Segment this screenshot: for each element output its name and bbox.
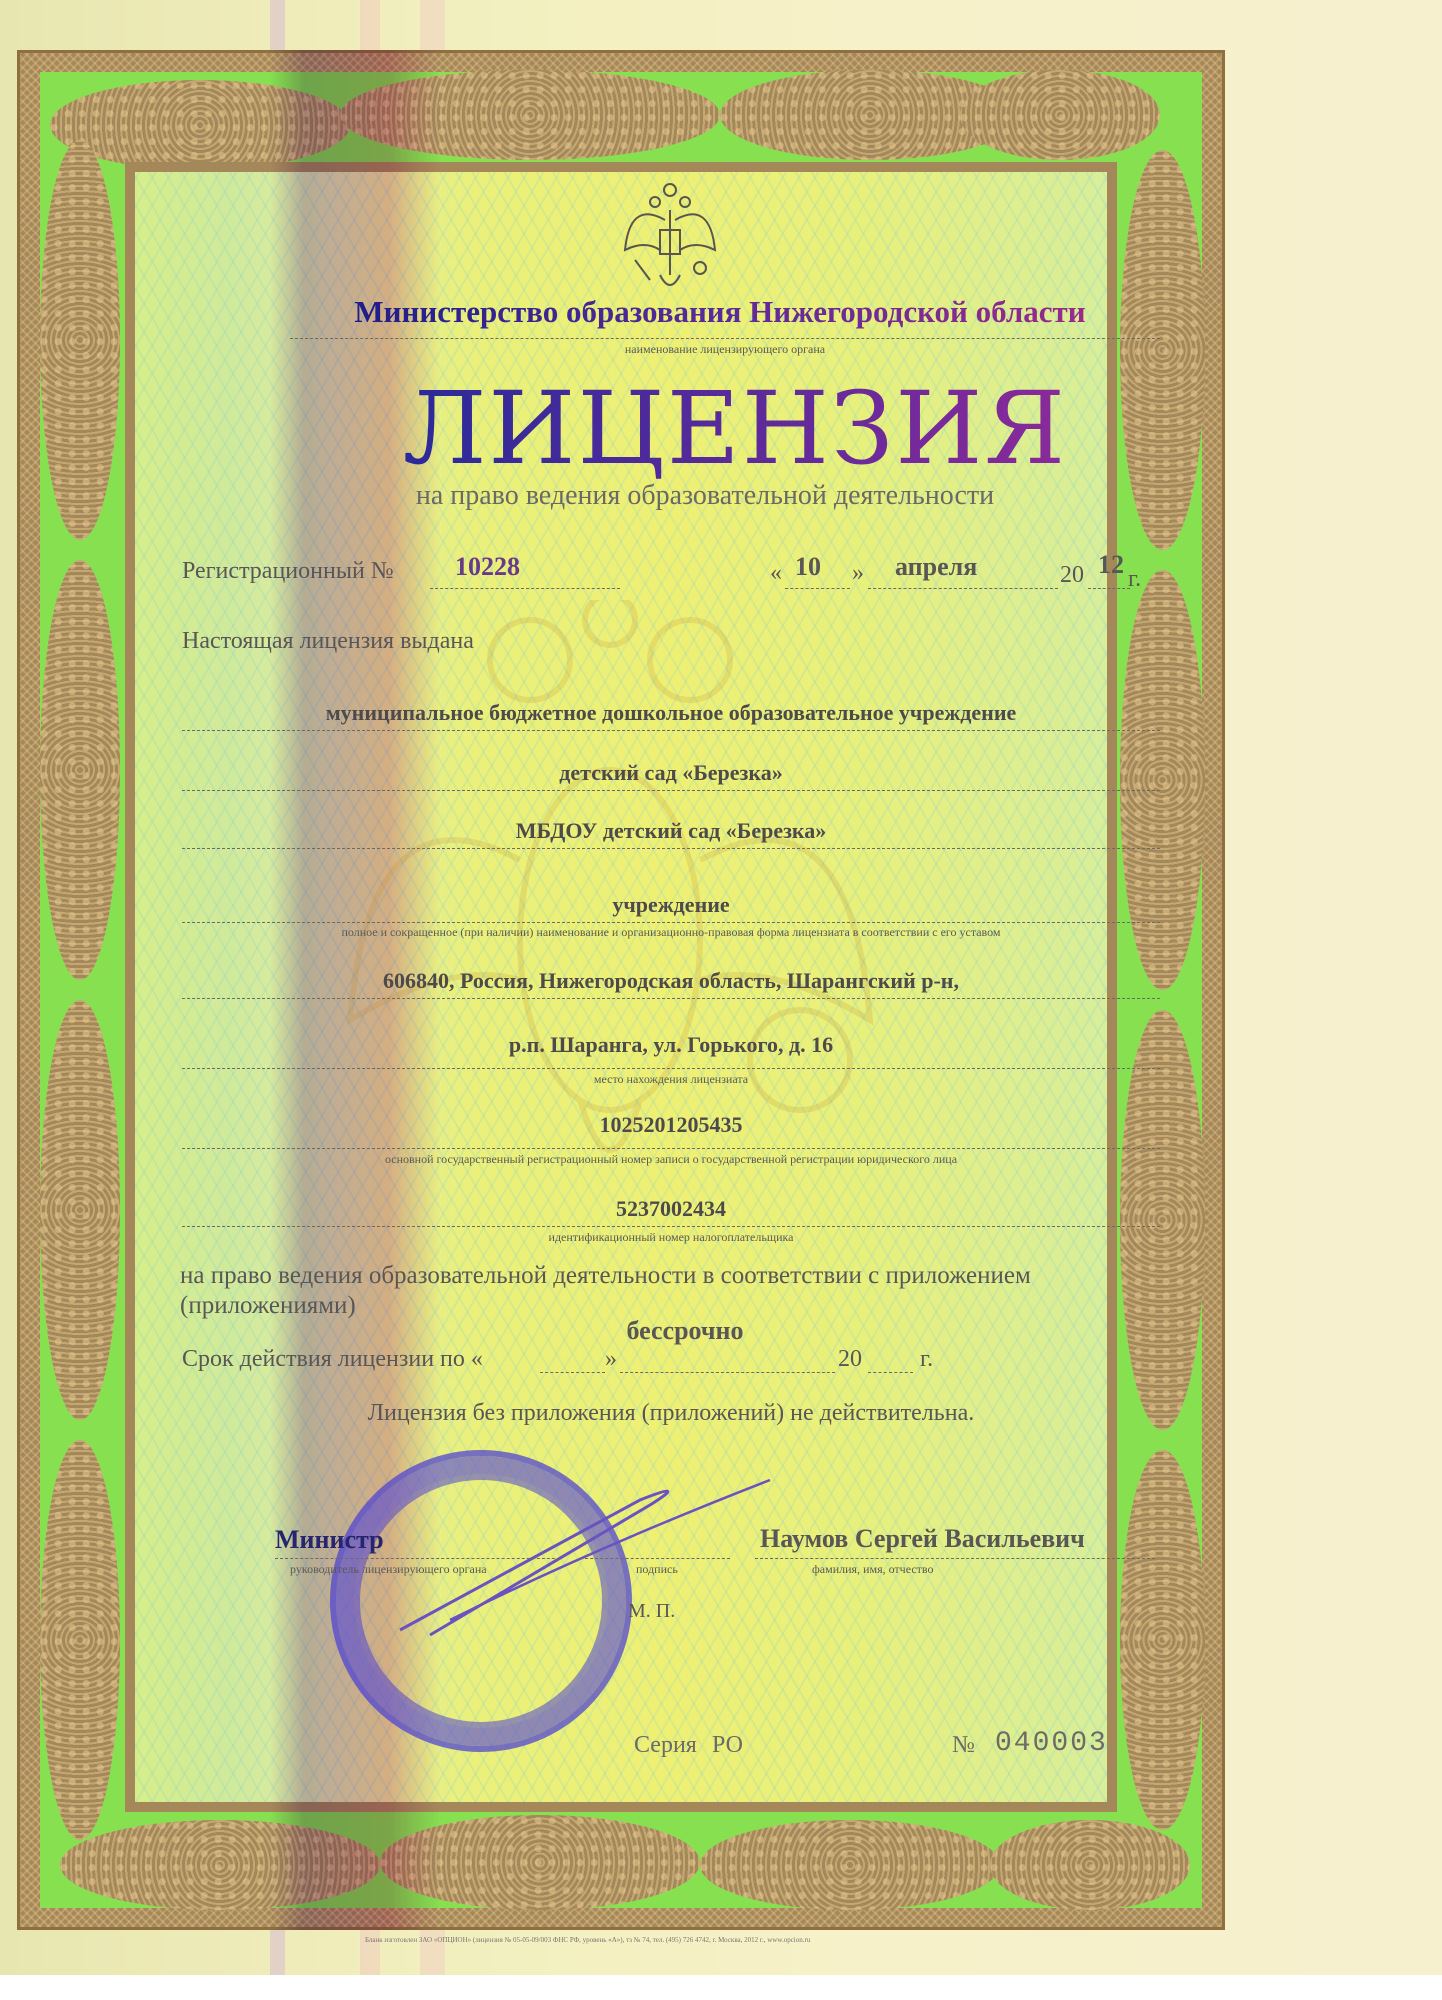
validity-label: Срок действия лицензии по « xyxy=(182,1346,483,1373)
year-unit: г. xyxy=(1128,566,1141,593)
date-quote-open: « xyxy=(770,560,782,587)
validity-notice: Лицензия без приложения (приложений) не … xyxy=(182,1400,1160,1427)
border-ornament xyxy=(40,1440,120,1840)
border-ornament xyxy=(700,1820,1000,1910)
licensee-full-name-line1: муниципальное бюджетное дошкольное образ… xyxy=(182,700,1160,726)
field-underline xyxy=(868,1372,913,1373)
position-caption: руководитель лицензирующего органа xyxy=(290,1562,487,1577)
licensee-legal-form: учреждение xyxy=(182,892,1160,918)
field-underline xyxy=(182,998,1160,999)
ogrn-value: 1025201205435 xyxy=(182,1112,1160,1138)
validity-value: бессрочно xyxy=(560,1316,810,1346)
form-number-label: № xyxy=(952,1732,975,1759)
address-caption: место нахождения лицензиата xyxy=(182,1072,1160,1087)
field-underline xyxy=(182,790,1160,791)
issued-to-label: Настоящая лицензия выдана xyxy=(182,628,474,655)
printer-note: Бланк изготовлен ЗАО «ОПЦИОН» (лицензия … xyxy=(365,1936,810,1944)
border-ornament xyxy=(1120,1450,1205,1830)
border-ornament xyxy=(340,70,720,160)
registration-day: 10 xyxy=(795,552,821,582)
date-quote-close: » xyxy=(852,560,864,587)
field-underline xyxy=(182,922,1160,923)
signatory-name: Наумов Сергей Васильевич xyxy=(760,1524,1085,1554)
border-ornament xyxy=(990,1820,1190,1910)
registration-month: апреля xyxy=(895,552,977,582)
field-underline xyxy=(868,588,1058,589)
ogrn-caption: основной государственный регистрационный… xyxy=(182,1152,1160,1167)
license-purpose-line2: (приложениями) xyxy=(180,1292,356,1320)
border-ornament xyxy=(960,70,1160,160)
registration-label: Регистрационный № xyxy=(182,558,394,585)
field-underline xyxy=(580,1558,730,1559)
registration-year: 12 xyxy=(1098,550,1124,580)
inn-value: 5237002434 xyxy=(182,1196,1160,1222)
field-underline xyxy=(1088,588,1130,589)
inn-caption: идентификационный номер налогоплательщик… xyxy=(182,1230,1160,1245)
border-ornament xyxy=(380,1815,700,1910)
russian-coat-of-arms-icon xyxy=(620,180,720,300)
licensee-short-name: МБДОУ детский сад «Березка» xyxy=(182,818,1160,844)
form-number: 040003 xyxy=(995,1728,1108,1759)
field-underline xyxy=(755,1558,1155,1559)
document-title: ЛИЦЕНЗИЯ xyxy=(385,370,1085,487)
signatory-position: Министр xyxy=(275,1525,384,1555)
document-subtitle: на право ведения образовательной деятель… xyxy=(325,480,1085,512)
seal-place-label: М. П. xyxy=(628,1600,675,1623)
field-underline xyxy=(182,1068,1160,1069)
validity-year-unit: г. xyxy=(920,1346,933,1373)
registration-number: 10228 xyxy=(455,552,520,582)
official-seal-stamp xyxy=(330,1450,632,1752)
validity-year-prefix: 20 xyxy=(838,1346,862,1373)
authority-caption: наименование лицензирующего органа xyxy=(290,342,1160,357)
license-purpose-line1: на право ведения образовательной деятель… xyxy=(180,1262,1031,1290)
field-underline xyxy=(785,588,850,589)
licensee-address-line2: р.п. Шаранга, ул. Горького, д. 16 xyxy=(182,1032,1160,1058)
field-underline xyxy=(182,730,1160,731)
field-underline xyxy=(430,588,620,589)
border-ornament xyxy=(40,560,120,980)
licensing-authority-name: Министерство образования Нижегородской о… xyxy=(300,294,1140,330)
border-ornament xyxy=(60,1820,380,1910)
name-caption: фамилия, имя, отчество xyxy=(812,1562,933,1577)
field-underline xyxy=(182,1226,1160,1227)
field-underline xyxy=(275,1558,560,1559)
border-ornament xyxy=(40,140,120,540)
border-ornament xyxy=(40,1000,120,1420)
licensee-full-name-line2: детский сад «Березка» xyxy=(182,760,1160,786)
validity-quote-close: » xyxy=(605,1346,617,1373)
field-underline xyxy=(182,1148,1160,1149)
signature-caption: подпись xyxy=(636,1562,678,1577)
licensee-address-line1: 606840, Россия, Нижегородская область, Ш… xyxy=(182,968,1160,994)
field-underline xyxy=(540,1372,605,1373)
name-caption: полное и сокращенное (при наличии) наиме… xyxy=(182,925,1160,940)
field-underline xyxy=(290,338,1160,339)
series-label: Серия xyxy=(634,1732,697,1759)
series-value: РО xyxy=(712,1732,743,1759)
field-underline xyxy=(182,848,1160,849)
year-prefix: 20 xyxy=(1060,562,1084,589)
field-underline xyxy=(620,1372,835,1373)
